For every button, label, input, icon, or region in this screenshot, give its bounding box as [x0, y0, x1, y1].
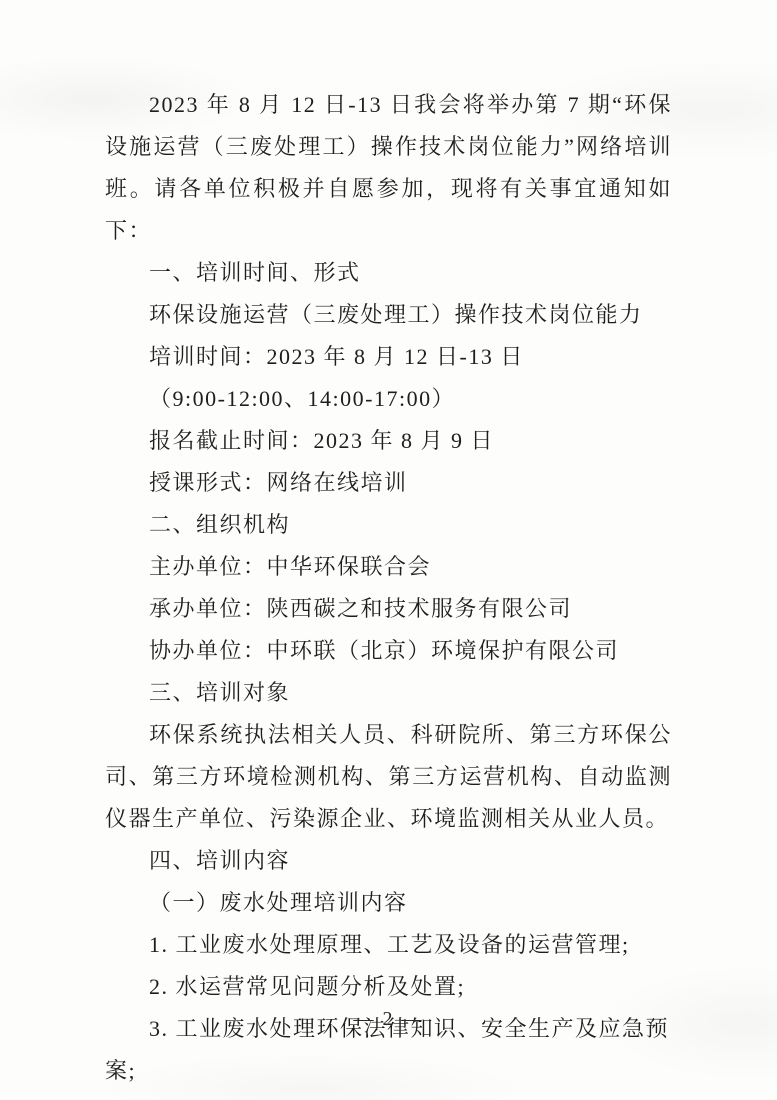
- registration-deadline-line: 报名截止时间：2023 年 8 月 9 日: [105, 420, 672, 462]
- teaching-format-line: 授课形式：网络在线培训: [105, 462, 672, 504]
- intro-paragraph: 2023 年 8 月 12 日-13 日我会将举办第 7 期“环保设施运营（三废…: [105, 84, 672, 252]
- undertaker-line: 承办单位：陕西碳之和技术服务有限公司: [105, 588, 672, 630]
- host-organizer-line: 主办单位：中华环保联合会: [105, 546, 672, 588]
- section-heading-4: 四、培训内容: [105, 840, 672, 882]
- page-number: — 2 —: [0, 1008, 777, 1031]
- section-heading-1: 一、培训时间、形式: [105, 252, 672, 294]
- list-item-1: 1. 工业废水处理原理、工艺及设备的运营管理;: [105, 924, 672, 966]
- course-name-line: 环保设施运营（三废处理工）操作技术岗位能力: [105, 294, 672, 336]
- daily-hours-line: （9:00-12:00、14:00-17:00）: [105, 378, 672, 420]
- document-body: 2023 年 8 月 12 日-13 日我会将举办第 7 期“环保设施运营（三废…: [105, 84, 672, 1092]
- document-page: 2023 年 8 月 12 日-13 日我会将举办第 7 期“环保设施运营（三废…: [0, 0, 777, 1100]
- training-time-line: 培训时间：2023 年 8 月 12 日-13 日: [105, 336, 672, 378]
- section-heading-3: 三、培训对象: [105, 672, 672, 714]
- trainee-scope-paragraph: 环保系统执法相关人员、科研院所、第三方环保公司、第三方环境检测机构、第三方运营机…: [105, 714, 672, 840]
- subsection-heading-1: （一）废水处理培训内容: [105, 882, 672, 924]
- co-organizer-line: 协办单位：中环联（北京）环境保护有限公司: [105, 630, 672, 672]
- section-heading-2: 二、组织机构: [105, 504, 672, 546]
- list-item-2: 2. 水运营常见问题分析及处置;: [105, 966, 672, 1008]
